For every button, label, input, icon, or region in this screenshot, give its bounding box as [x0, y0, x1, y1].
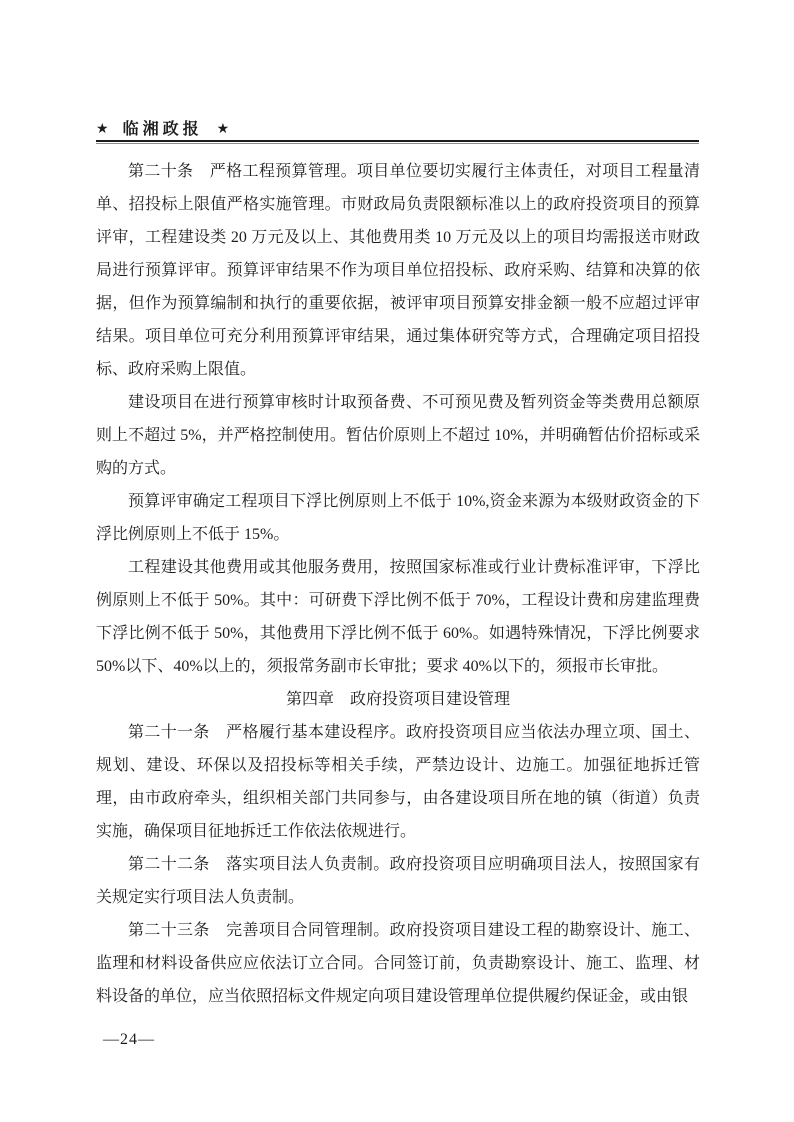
paragraph: 预算评审确定工程项目下浮比例原则上不低于 10%,资金来源为本级财政资金的下浮比…	[96, 485, 700, 551]
document-body: 第二十条 严格工程预算管理。项目单位要切实履行主体责任，对项目工程量清单、招投标…	[96, 155, 700, 1013]
paragraph: 第二十二条 落实项目法人负责制。政府投资项目应明确项目法人，按照国家有关规定实行…	[96, 848, 700, 914]
paragraph: 第二十三条 完善项目合同管理制。政府投资项目建设工程的勘察设计、施工、监理和材料…	[96, 914, 700, 1013]
gazette-title: 临湘政报	[123, 116, 203, 139]
star-right-icon: ★	[217, 121, 230, 135]
chapter-heading: 第四章 政府投资项目建设管理	[96, 683, 700, 716]
gazette-page: ★ 临湘政报 ★ 第二十条 严格工程预算管理。项目单位要切实履行主体责任，对项目…	[0, 0, 794, 1122]
header-rule	[96, 140, 699, 144]
paragraph: 第二十一条 严格履行基本建设程序。政府投资项目应当依法办理立项、国土、规划、建设…	[96, 716, 700, 848]
paragraph: 建设项目在进行预算审核时计取预备费、不可预见费及暂列资金等类费用总额原则上不超过…	[96, 386, 700, 485]
star-left-icon: ★	[96, 121, 109, 135]
page-number: —24—	[103, 1028, 155, 1052]
paragraph: 工程建设其他费用或其他服务费用，按照国家标准或行业计费标准评审，下浮比例原则上不…	[96, 551, 700, 683]
paragraph: 第二十条 严格工程预算管理。项目单位要切实履行主体责任，对项目工程量清单、招投标…	[96, 155, 700, 386]
page-header: ★ 临湘政报 ★	[96, 116, 700, 139]
